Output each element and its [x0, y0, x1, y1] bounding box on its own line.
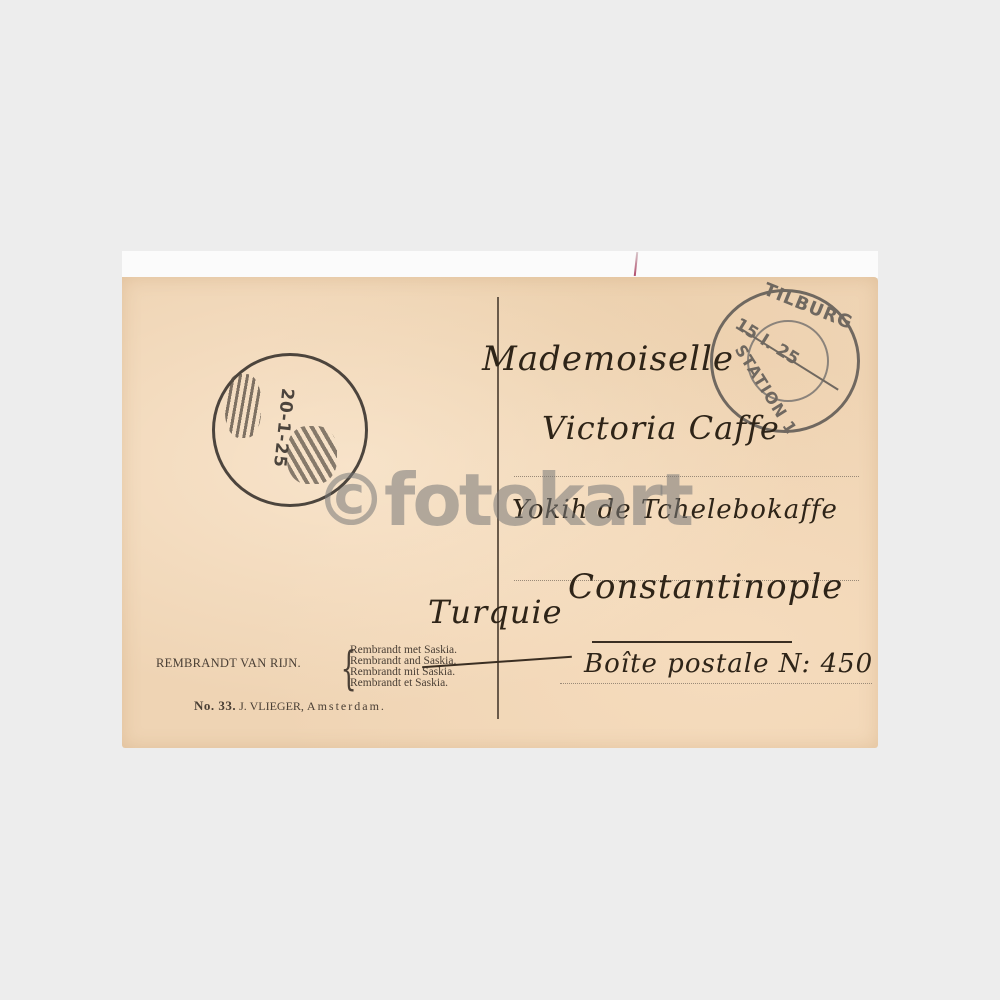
title-french: Rembrandt et Saskia.: [350, 678, 457, 689]
printed-artist-name: REMBRANDT VAN RIJN.: [156, 656, 301, 671]
address-po-box: Boîte postale N: 450: [584, 649, 873, 679]
handwritten-underline: [592, 641, 792, 643]
scan-backing-strip: [122, 251, 878, 278]
publisher-city: Amsterdam.: [307, 699, 386, 713]
postmark-arabic-script: [225, 374, 261, 438]
address-country: Turquie: [428, 593, 563, 631]
address-recipient-title: Mademoiselle: [482, 339, 734, 379]
fotokart-watermark: ©fotokart: [315, 458, 691, 542]
publisher-name: J. VLIEGER,: [239, 699, 304, 713]
address-city: Constantinople: [568, 567, 843, 607]
address-line-3: [560, 683, 872, 684]
card-number: No. 33.: [194, 698, 236, 713]
printed-titles: Rembrandt met Saskia. Rembrandt and Sask…: [350, 645, 457, 689]
printed-publisher-line: No. 33. J. VLIEGER, Amsterdam.: [194, 698, 386, 714]
address-recipient-name: Victoria Caffe: [542, 409, 780, 447]
